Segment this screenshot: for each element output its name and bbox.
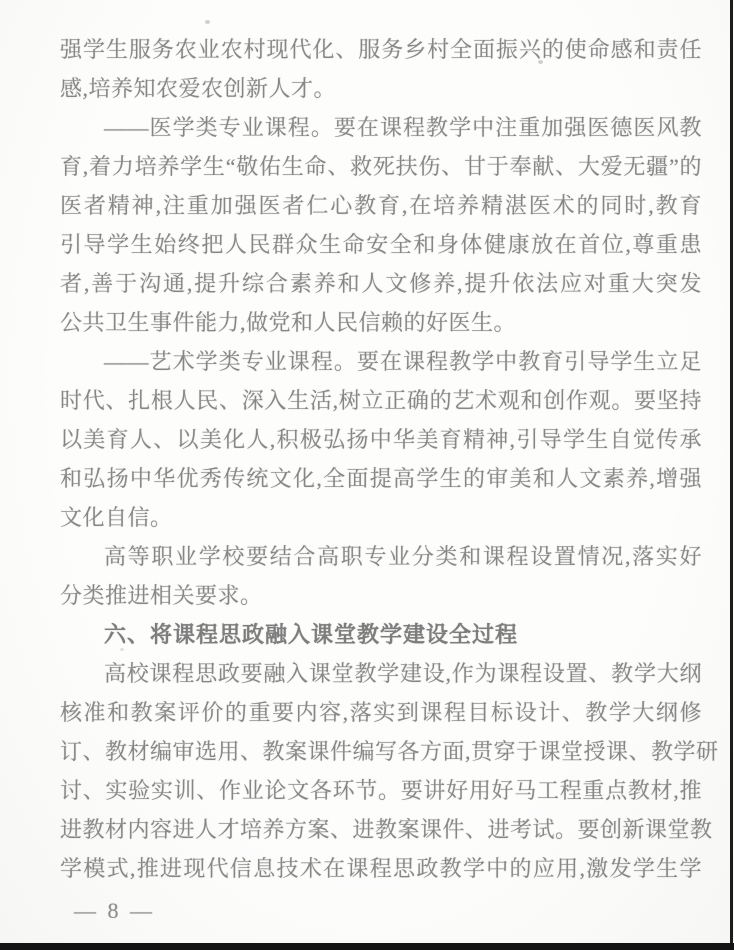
text-line: 高校课程思政要融入课堂教学建设,作为课程设置、教学大纲 — [60, 654, 702, 693]
scan-speck — [205, 20, 210, 24]
text-line: 时代、扎根人民、深入生活,树立正确的艺术观和创作观。要坚持 — [60, 381, 702, 420]
text-line: 高等职业学校要结合高职专业分类和课程设置情况,落实好 — [60, 537, 702, 576]
text-line: 文化自信。 — [60, 498, 702, 537]
text-line: 核准和教案评价的重要内容,落实到课程目标设计、教学大纲修 — [60, 693, 702, 732]
text-line: 以美育人、以美化人,积极弘扬中华美育精神,引导学生自觉传承 — [60, 420, 702, 459]
section-heading: 六、将课程思政融入课堂教学建设全过程 — [60, 615, 702, 654]
text-line: 医者精神,注重加强医者仁心教育,在培养精湛医术的同时,教育 — [60, 186, 702, 225]
text-line: 育,着力培养学生“敬佑生命、救死扶伤、甘于奉献、大爱无疆”的 — [60, 147, 702, 186]
scan-edge-bar — [0, 943, 734, 950]
text-line: ——艺术学类专业课程。要在课程教学中教育引导学生立足 — [60, 342, 702, 381]
text-line: 订、教材编审选用、教案课件编写各方面,贯穿于课堂授课、教学研 — [60, 732, 702, 771]
scanned-document-page: 强学生服务农业农村现代化、服务乡村全面振兴的使命感和责任 感,培养知农爱农创新人… — [0, 0, 734, 950]
text-line: 公共卫生事件能力,做党和人民信赖的好医生。 — [60, 303, 702, 342]
text-line: 讨、实验实训、作业论文各环节。要讲好用好马工程重点教材,推 — [60, 771, 702, 810]
text-line: 和弘扬中华优秀传统文化,全面提高学生的审美和人文素养,增强 — [60, 459, 702, 498]
text-line: ——医学类专业课程。要在课程教学中注重加强医德医风教 — [60, 108, 702, 147]
text-line: 进教材内容进人才培养方案、进教案课件、进考试。要创新课堂教 — [60, 810, 702, 849]
text-line: 引导学生始终把人民群众生命安全和身体健康放在首位,尊重患 — [60, 225, 702, 264]
text-line: 者,善于沟通,提升综合素养和人文修养,提升依法应对重大突发 — [60, 264, 702, 303]
text-line: 学模式,推进现代信息技术在课程思政教学中的应用,激发学生学 — [60, 849, 702, 888]
text-line: 分类推进相关要求。 — [60, 576, 702, 615]
body-text: 强学生服务农业农村现代化、服务乡村全面振兴的使命感和责任 感,培养知农爱农创新人… — [60, 30, 702, 888]
text-line: 感,培养知农爱农创新人才。 — [60, 69, 702, 108]
scan-edge-line — [730, 0, 733, 950]
page-number: — 8 — — [74, 896, 155, 926]
text-line: 强学生服务农业农村现代化、服务乡村全面振兴的使命感和责任 — [60, 30, 702, 69]
